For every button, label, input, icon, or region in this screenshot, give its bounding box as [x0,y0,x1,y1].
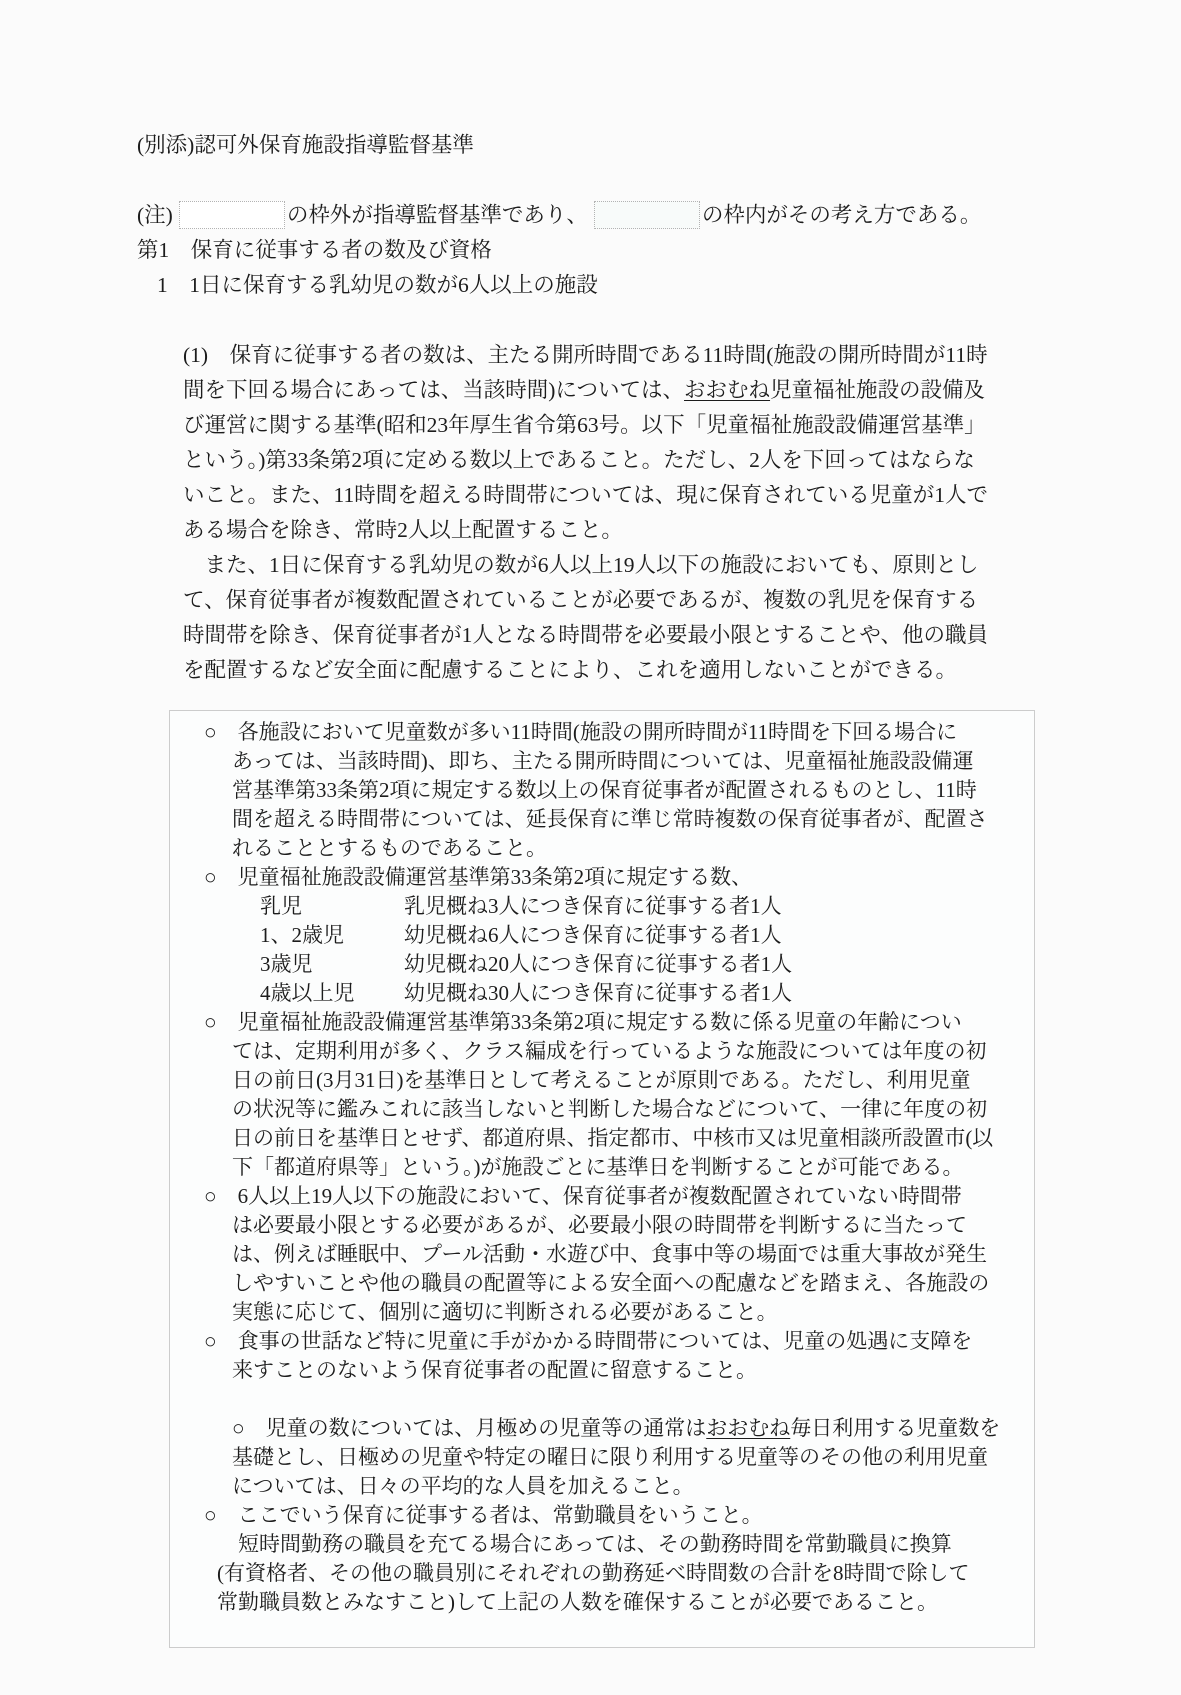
paragraph-1-underlined-text: おおむね [684,378,770,402]
paragraph-1-text-b: 児童福祉施設の設備及 び運営に関する基準(昭和23年厚生省令第63号。以下「児童… [183,378,988,542]
paragraph-2: また、1日に保育する乳幼児の数が6人以上19人以下の施設においても、原則とし て… [137,548,1137,688]
table-row: 1、2歳児幼児概ね6人につき保育に従事する者1人 [260,921,1014,950]
commentary-item-3: ○ 児童福祉施設設備運営基準第33条第2項に規定する数に係る児童の年齢につい て… [204,1008,1014,1182]
commentary-item-7-paragraph2: 短時間勤務の職員を充てる場合にあっては、その勤務時間を常勤職員に換算 (有資格者… [217,1530,1014,1617]
commentary-item-5: ○ 食事の世話など特に児童に手がかかる時間帯については、児童の処遇に支障を 来す… [204,1327,1014,1385]
commentary-frame: ○ 各施設において児童数が多い11時間(施設の開所時間が11時間を下回る場合に … [169,710,1035,1648]
ratio-rule: 幼児概ね20人につき保育に従事する者1人 [404,950,1014,979]
document-title: (別添)認可外保育施設指導監督基準 [137,128,1137,163]
commentary-item-2-intro: ○ 児童福祉施設設備運営基準第33条第2項に規定する数、 [204,863,1014,892]
paragraph-1: (1) 保育に従事する者の数は、主たる開所時間である11時間(施設の開所時間が1… [137,303,1137,548]
document-page: (別添)認可外保育施設指導監督基準 (注)の枠外が指導監督基準であり、の枠内がそ… [0,0,1181,1695]
note-sample-frame-outer [179,201,285,229]
note-sample-frame-inner [594,201,700,229]
subsection1-heading: 1 1日に保育する乳幼児の数が6人以上の施設 [157,268,1137,303]
age-label: 乳児 [260,892,404,921]
commentary-item-4: ○ 6人以上19人以下の施設において、保育従事者が複数配置されていない時間帯 は… [204,1182,1014,1327]
note-suffix-text: の枠内がその考え方である。 [702,203,982,227]
commentary-item-6: ○ 児童の数については、月極めの児童等の通常はおおむね毎日利用する児童数を 基礎… [204,1385,1014,1501]
table-row: 4歳以上児幼児概ね30人につき保育に従事する者1人 [260,979,1014,1008]
age-label: 1、2歳児 [260,921,404,950]
note-prefix: (注) [137,203,173,227]
ratio-rule: 幼児概ね30人につき保育に従事する者1人 [404,979,1014,1008]
note-middle-text: の枠外が指導監督基準であり、 [287,203,588,227]
ratio-rule: 乳児概ね3人につき保育に従事する者1人 [404,892,1014,921]
commentary-item-6-text-a: ○ 児童の数については、月極めの児童等の通常は [232,1416,706,1440]
commentary-item-6-underlined-text: おおむね [706,1416,790,1440]
commentary-item-1: ○ 各施設において児童数が多い11時間(施設の開所時間が11時間を下回る場合に … [204,718,1014,863]
section1-heading: 第1 保育に従事する者の数及び資格 [137,233,1137,268]
staff-ratio-table: 乳児乳児概ね3人につき保育に従事する者1人 1、2歳児幼児概ね6人につき保育に従… [260,892,1014,1008]
table-row: 乳児乳児概ね3人につき保育に従事する者1人 [260,892,1014,921]
table-row: 3歳児幼児概ね20人につき保育に従事する者1人 [260,950,1014,979]
age-label: 4歳以上児 [260,979,404,1008]
age-label: 3歳児 [260,950,404,979]
document-body: (別添)認可外保育施設指導監督基準 (注)の枠外が指導監督基準であり、の枠内がそ… [137,128,1137,1648]
commentary-item-7-line1: ○ ここでいう保育に従事する者は、常勤職員をいうこと。 [204,1501,1014,1530]
note-line: (注)の枠外が指導監督基準であり、の枠内がその考え方である。 [137,163,1137,233]
ratio-rule: 幼児概ね6人につき保育に従事する者1人 [404,921,1014,950]
